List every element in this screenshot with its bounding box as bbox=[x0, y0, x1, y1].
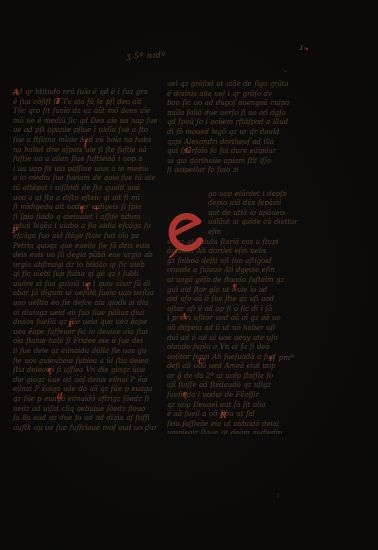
rubric-mark: P bbox=[12, 226, 18, 234]
manuscript-photo: ʒ 5º nıdº 14 ᴗ Ad qr btitudo nrā ſuīa ē … bbox=[0, 0, 378, 550]
rubric-mark: F bbox=[68, 320, 74, 328]
rubric-mark: C bbox=[198, 357, 204, 365]
parchment-page: ʒ 5º nıdº 14 ᴗ Ad qr btitudo nrā ſuīa ē … bbox=[0, 36, 316, 514]
rubric-mark: R bbox=[220, 411, 227, 419]
rubric-mark: T bbox=[55, 97, 61, 105]
rubric-mark: ¶ bbox=[85, 282, 90, 290]
rubric-mark: ¶ bbox=[232, 283, 237, 291]
rubric-mark: ¶ bbox=[182, 391, 187, 399]
rubric-mark: ı bbox=[269, 354, 272, 362]
rubric-mark: A bbox=[13, 88, 19, 96]
rubric-mark: ¶ bbox=[47, 367, 52, 375]
rubric-mark: A bbox=[181, 312, 187, 320]
rubric-mark: C bbox=[185, 146, 191, 154]
rubric-mark: ſ bbox=[84, 139, 87, 147]
rubric-mark: + bbox=[93, 204, 100, 212]
rubric-mark: d bbox=[57, 392, 63, 400]
rubric-mark: ¶ bbox=[79, 205, 84, 213]
rubrication-marks: ATſ¶+P¶F¶dC¶AC¶Rı bbox=[0, 36, 316, 514]
